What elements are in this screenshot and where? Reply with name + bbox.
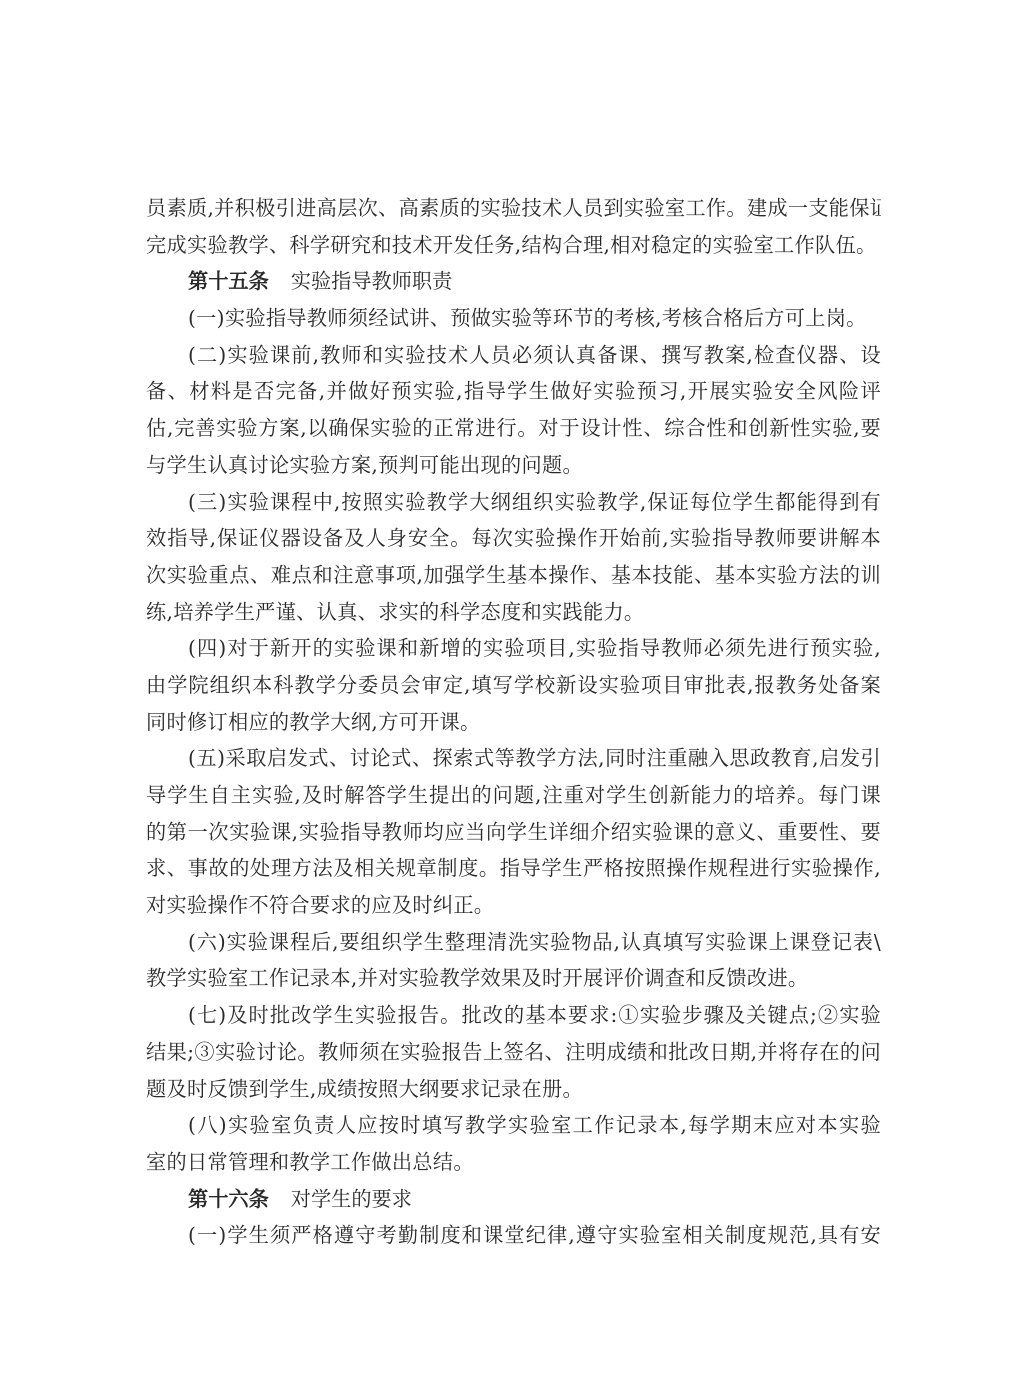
text-line: 求、事故的处理方法及相关规章制度。指导学生严格按照操作规程进行实验操作, — [146, 850, 881, 887]
text-line: (一)学生须严格遵守考勤制度和课堂纪律,遵守实验室相关制度规范,具有安 — [146, 1217, 881, 1254]
text-line: (六)实验课程后,要组织学生整理清洗实验物品,认真填写实验课上课登记表\ — [146, 924, 881, 961]
text-line: (二)实验课前,教师和实验技术人员必须认真备课、撰写教案,检查仪器、设 — [146, 337, 881, 374]
text-line: 室的日常管理和教学工作做出总结。 — [146, 1144, 881, 1181]
text-line: 教学实验室工作记录本,并对实验教学效果及时开展评价调查和反馈改进。 — [146, 960, 881, 997]
text-line: (三)实验课程中,按照实验教学大纲组织实验教学,保证每位学生都能得到有 — [146, 484, 881, 521]
article-15-item-6: (六)实验课程后,要组织学生整理清洗实验物品,认真填写实验课上课登记表\ 教学实… — [146, 924, 881, 997]
article-15-item-2: (二)实验课前,教师和实验技术人员必须认真备课、撰写教案,检查仪器、设 备、材料… — [146, 337, 881, 484]
text-line: 对实验操作不符合要求的应及时纠正。 — [146, 887, 881, 924]
text-line: 结果;③实验讨论。教师须在实验报告上签名、注明成绩和批改日期,并将存在的问 — [146, 1034, 881, 1071]
article-15-item-7: (七)及时批改学生实验报告。批改的基本要求:①实验步骤及关键点;②实验 结果;③… — [146, 997, 881, 1107]
article-16-item-1: (一)学生须严格遵守考勤制度和课堂纪律,遵守实验室相关制度规范,具有安 — [146, 1217, 881, 1254]
continued-paragraph: 员素质,并积极引进高层次、高素质的实验技术人员到实验室工作。建成一支能保证 完成… — [146, 190, 881, 263]
text-line: 效指导,保证仪器设备及人身安全。每次实验操作开始前,实验指导教师要讲解本 — [146, 520, 881, 557]
article-number: 第十六条 — [188, 1187, 269, 1211]
text-line: (四)对于新开的实验课和新增的实验项目,实验指导教师必须先进行预实验, — [146, 630, 881, 667]
article-15-heading: 第十五条实验指导教师职责 — [146, 263, 881, 300]
text-line: (五)采取启发式、讨论式、探索式等教学方法,同时注重融入思政教育,启发引 — [146, 740, 881, 777]
text-line: 完成实验教学、科学研究和技术开发任务,结构合理,相对稳定的实验室工作队伍。 — [146, 227, 881, 264]
text-line: 练,培养学生严谨、认真、求实的科学态度和实践能力。 — [146, 594, 881, 631]
article-title: 对学生的要求 — [291, 1187, 412, 1211]
article-15-item-4: (四)对于新开的实验课和新增的实验项目,实验指导教师必须先进行预实验, 由学院组… — [146, 630, 881, 740]
document-page: 员素质,并积极引进高层次、高素质的实验技术人员到实验室工作。建成一支能保证 完成… — [146, 190, 881, 1254]
text-line: 估,完善实验方案,以确保实验的正常进行。对于设计性、综合性和创新性实验,要 — [146, 410, 881, 447]
text-line: 次实验重点、难点和注意事项,加强学生基本操作、基本技能、基本实验方法的训 — [146, 557, 881, 594]
article-15-item-1: (一)实验指导教师须经试讲、预做实验等环节的考核,考核合格后方可上岗。 — [146, 300, 881, 337]
article-number: 第十五条 — [188, 269, 269, 293]
text-line: 员素质,并积极引进高层次、高素质的实验技术人员到实验室工作。建成一支能保证 — [146, 190, 881, 227]
article-title: 实验指导教师职责 — [291, 269, 453, 293]
text-line: 备、材料是否完备,并做好预实验,指导学生做好实验预习,开展实验安全风险评 — [146, 373, 881, 410]
text-line: 与学生认真讨论实验方案,预判可能出现的问题。 — [146, 447, 881, 484]
text-line: 题及时反馈到学生,成绩按照大纲要求记录在册。 — [146, 1071, 881, 1108]
text-line: (七)及时批改学生实验报告。批改的基本要求:①实验步骤及关键点;②实验 — [146, 997, 881, 1034]
article-15-item-8: (八)实验室负责人应按时填写教学实验室工作记录本,每学期末应对本实验 室的日常管… — [146, 1107, 881, 1180]
text-line: 的第一次实验课,实验指导教师均应当向学生详细介绍实验课的意义、重要性、要 — [146, 814, 881, 851]
text-line: (八)实验室负责人应按时填写教学实验室工作记录本,每学期末应对本实验 — [146, 1107, 881, 1144]
text-line: 由学院组织本科教学分委员会审定,填写学校新设实验项目审批表,报教务处备案 — [146, 667, 881, 704]
article-15-item-5: (五)采取启发式、讨论式、探索式等教学方法,同时注重融入思政教育,启发引 导学生… — [146, 740, 881, 923]
text-line: 同时修订相应的教学大纲,方可开课。 — [146, 704, 881, 741]
text-line: 导学生自主实验,及时解答学生提出的问题,注重对学生创新能力的培养。每门课 — [146, 777, 881, 814]
article-16-heading: 第十六条对学生的要求 — [146, 1181, 881, 1218]
text-line: (一)实验指导教师须经试讲、预做实验等环节的考核,考核合格后方可上岗。 — [146, 300, 881, 337]
article-15-item-3: (三)实验课程中,按照实验教学大纲组织实验教学,保证每位学生都能得到有 效指导,… — [146, 484, 881, 631]
